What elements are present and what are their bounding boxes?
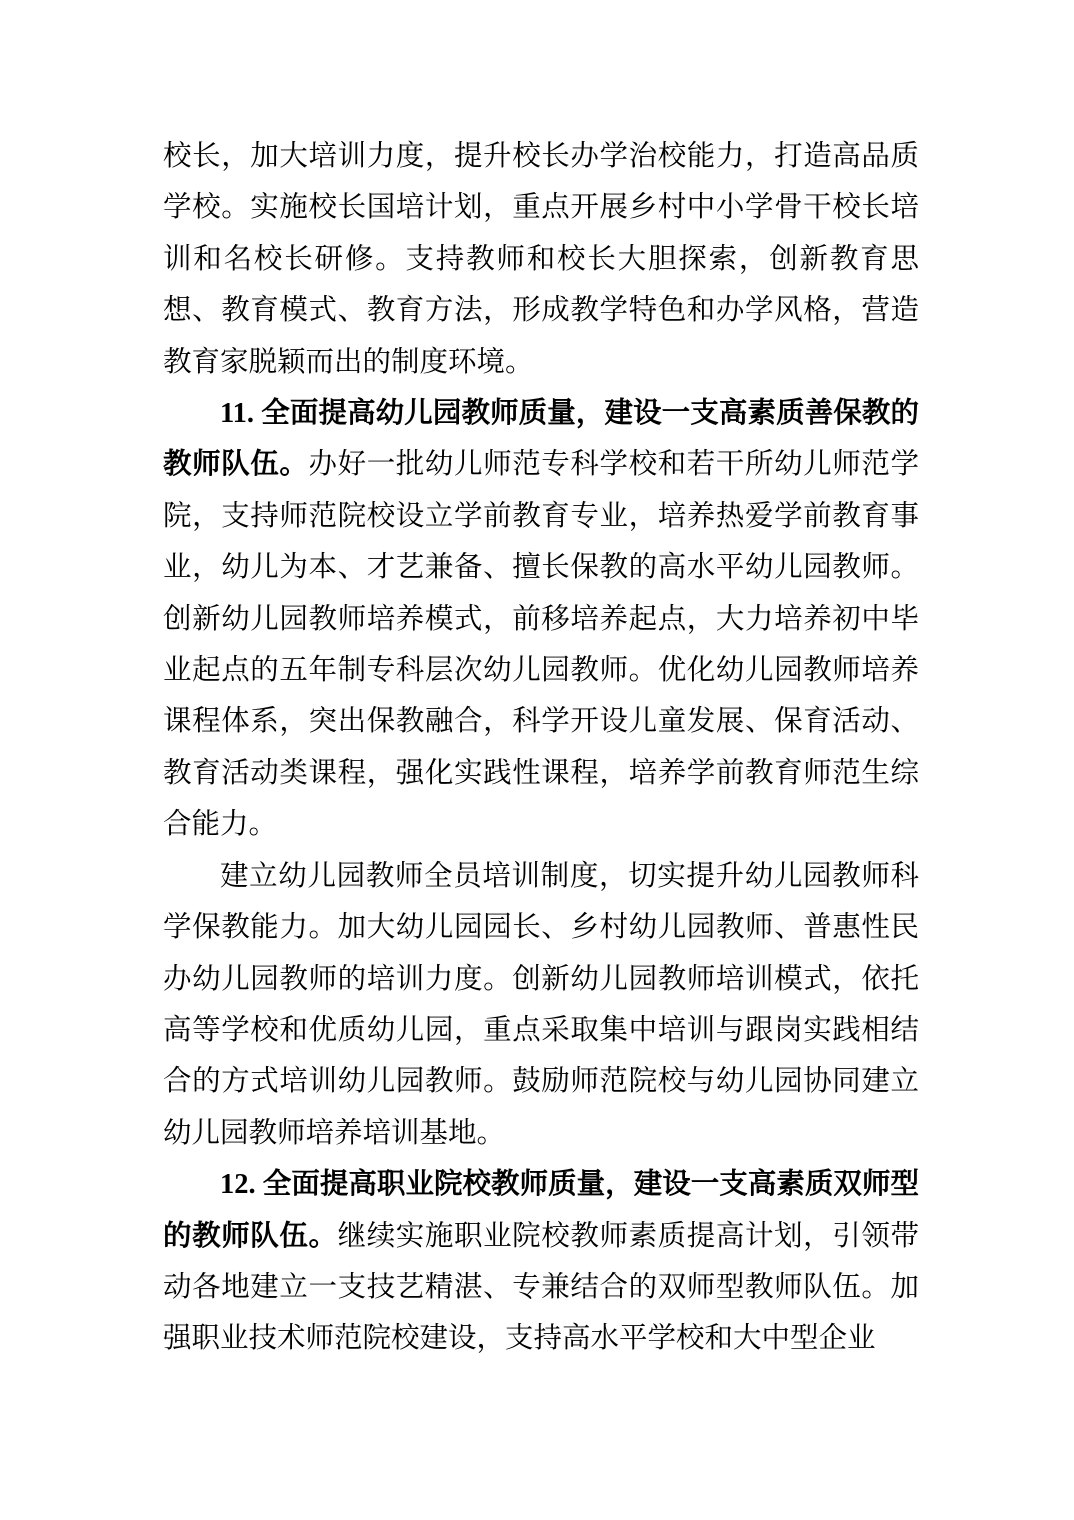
- document-body: 校长，加大培训力度，提升校长办学治校能力，打造高品质学校。实施校长国培计划，重点…: [163, 131, 919, 1365]
- paragraph-section-12: 12. 全面提高职业院校教师质量，建设一支高素质双师型的教师队伍。继续实施职业院…: [163, 1159, 919, 1365]
- paragraph-text: 建立幼儿园教师全员培训制度，切实提升幼儿园教师科学保教能力。加大幼儿园园长、乡村…: [163, 861, 919, 1149]
- paragraph-text: 校长，加大培训力度，提升校长办学治校能力，打造高品质学校。实施校长国培计划，重点…: [163, 141, 919, 378]
- paragraph-section-11: 11. 全面提高幼儿园教师质量，建设一支高素质善保教的教师队伍。办好一批幼儿师范…: [163, 388, 919, 851]
- paragraph-continuation: 校长，加大培训力度，提升校长办学治校能力，打造高品质学校。实施校长国培计划，重点…: [163, 131, 919, 388]
- paragraph-kindergarten-training: 建立幼儿园教师全员培训制度，切实提升幼儿园教师科学保教能力。加大幼儿园园长、乡村…: [163, 851, 919, 1159]
- paragraph-text: 办好一批幼儿师范专科学校和若干所幼儿师范学院，支持师范院校设立学前教育专业，培养…: [163, 449, 919, 840]
- document-page: 校长，加大培训力度，提升校长办学治校能力，打造高品质学校。实施校长国培计划，重点…: [0, 0, 1074, 1520]
